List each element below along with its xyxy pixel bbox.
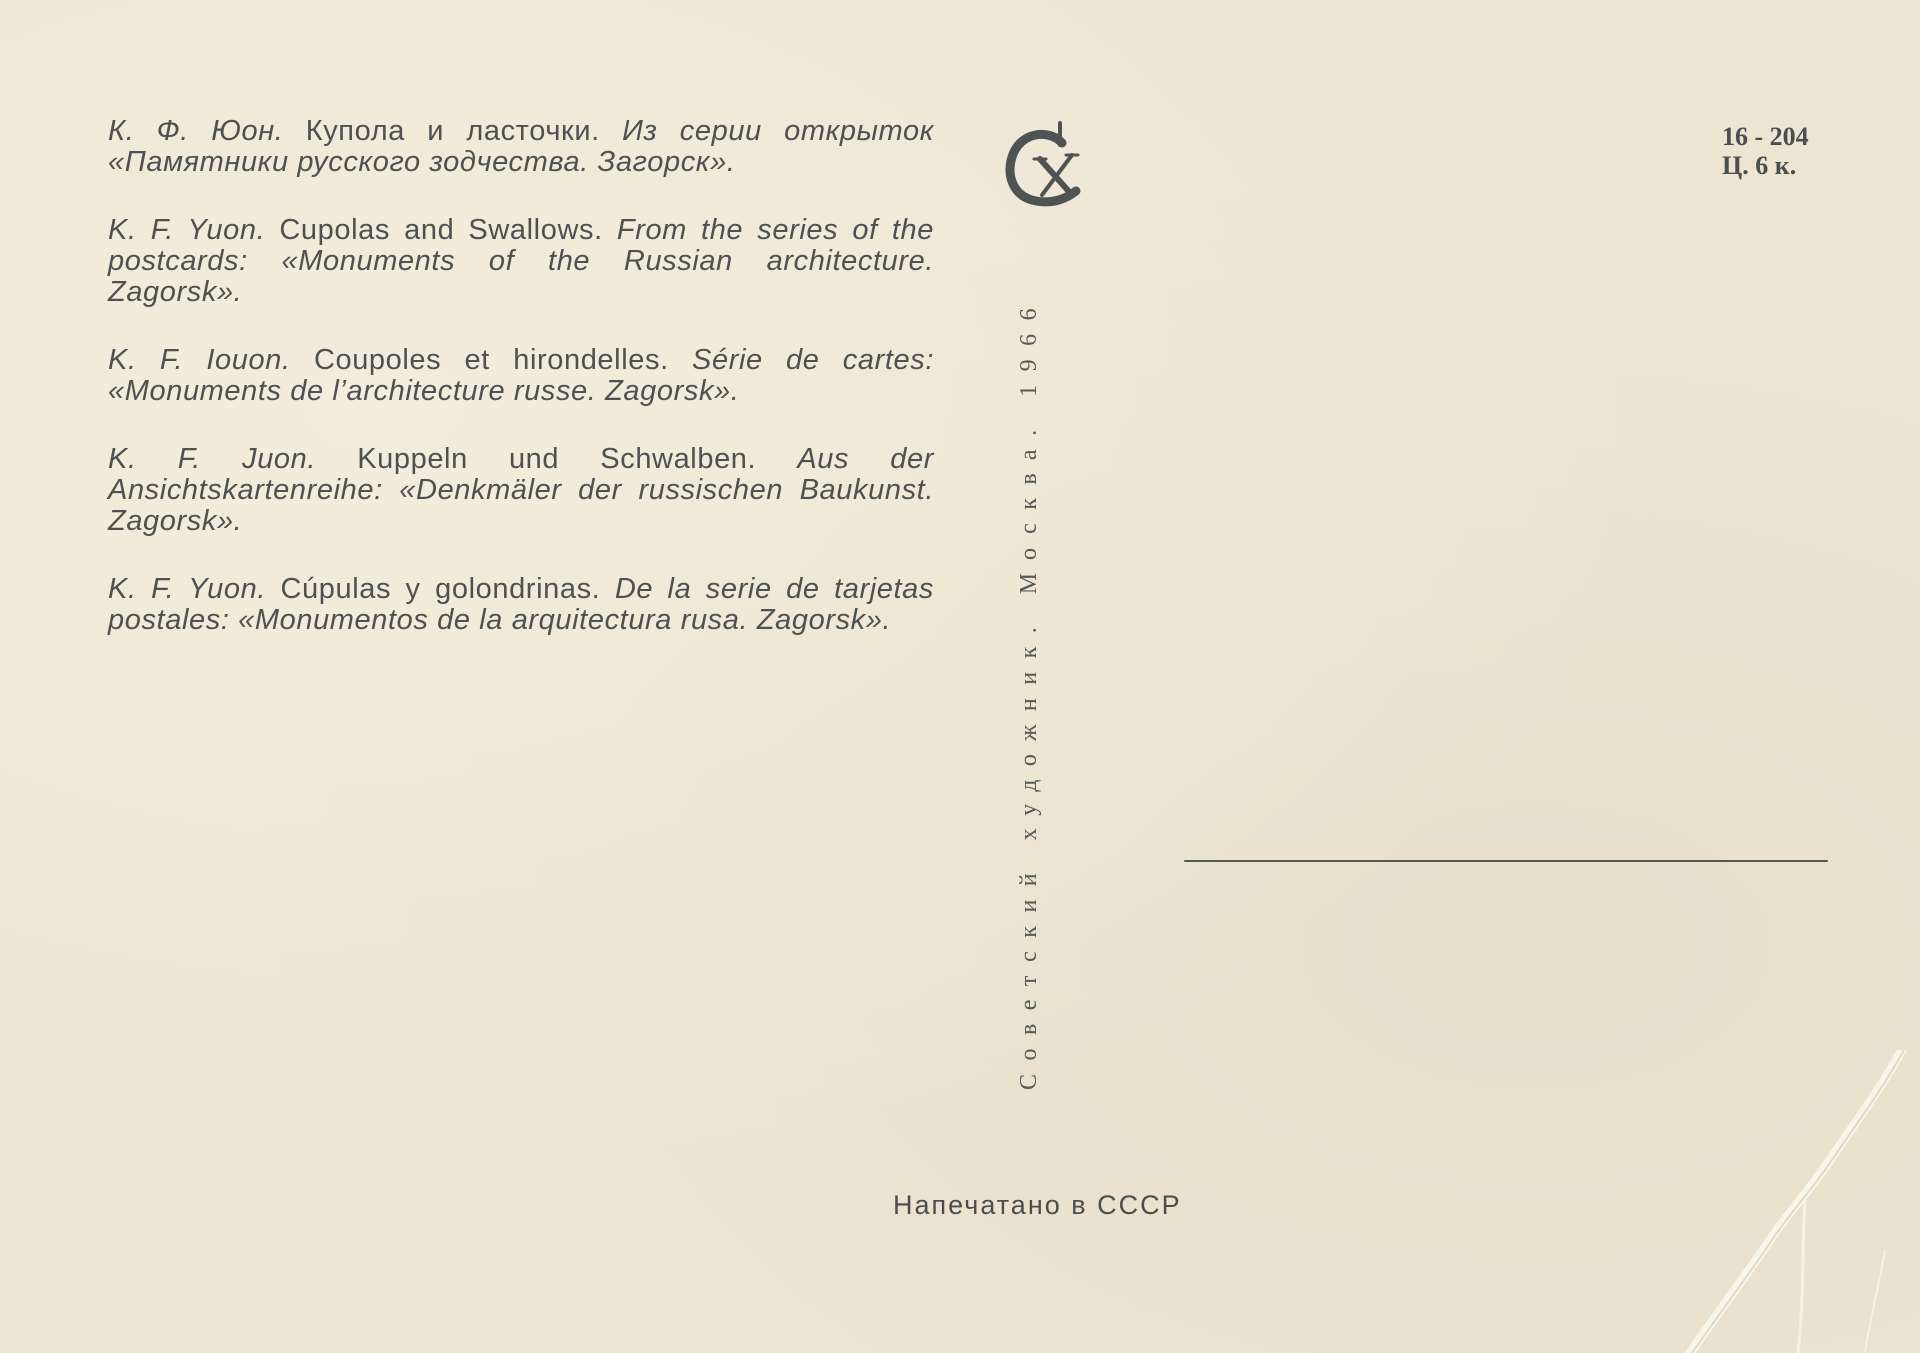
description-ru: К. Ф. Юон. Купола и ласточки. Из серии о… xyxy=(108,116,934,178)
publisher-logo-icon xyxy=(1000,115,1090,215)
artwork-title: Cúpulas y golondrinas. xyxy=(280,573,600,605)
description-fr: K. F. Iouon. Coupoles et hirondelles. Sé… xyxy=(108,345,934,407)
artwork-title: Kuppeln und Schwalben. xyxy=(357,443,756,475)
author-name: K. F. Iouon. xyxy=(108,344,291,376)
author-name: K. F. Yuon. xyxy=(108,573,266,605)
catalog-number: 16 - 204 xyxy=(1722,122,1809,151)
printed-in-ussr: Напечатано в СССР xyxy=(893,1190,1182,1221)
artwork-title: Coupoles et hirondelles. xyxy=(314,344,669,376)
author-name: K. F. Yuon. xyxy=(108,214,265,246)
paper-crease xyxy=(1680,1050,1920,1353)
postcard-back: К. Ф. Юон. Купола и ласточки. Из серии о… xyxy=(0,0,1920,1353)
address-line xyxy=(1184,860,1828,862)
artwork-title: Cupolas and Swallows. xyxy=(279,214,602,246)
artwork-title: Купола и ласточки. xyxy=(306,115,600,147)
description-en: K. F. Yuon. Cupolas and Swallows. From t… xyxy=(108,215,934,308)
publisher-imprint: Советский художник. Москва. 1966 xyxy=(1016,295,1043,1090)
author-name: К. Ф. Юон. xyxy=(108,115,283,147)
catalog-info: 16 - 204 Ц. 6 к. xyxy=(1722,122,1809,180)
description-de: K. F. Juon. Kuppeln und Schwalben. Aus d… xyxy=(108,444,934,537)
price: Ц. 6 к. xyxy=(1722,151,1809,180)
author-name: K. F. Juon. xyxy=(108,443,316,475)
title-descriptions: К. Ф. Юон. Купола и ласточки. Из серии о… xyxy=(108,116,934,673)
description-es: K. F. Yuon. Cúpulas y golondrinas. De la… xyxy=(108,574,934,636)
